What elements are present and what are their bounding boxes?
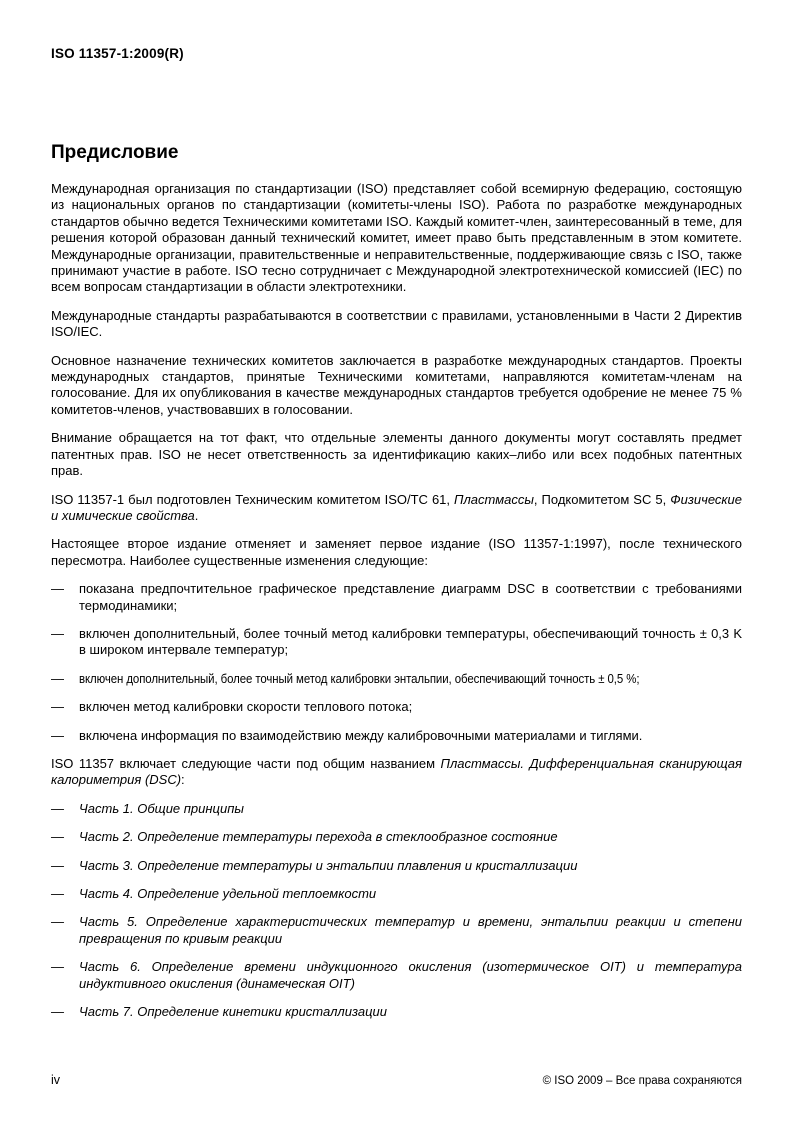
list-item: —Часть 3. Определение температуры и энта… xyxy=(51,858,742,874)
list-dash: — xyxy=(51,626,64,642)
list-item-text: включен метод калибровки скорости теплов… xyxy=(79,699,412,714)
foreword-title: Предисловие xyxy=(51,142,742,164)
list-dash: — xyxy=(51,886,64,902)
list-item-text: Часть 6. Определение времени индукционно… xyxy=(79,959,742,990)
footer-page-number: iv xyxy=(51,1073,60,1087)
paragraph-directives: Международные стандарты разрабатываются … xyxy=(51,308,742,341)
text-segment: : xyxy=(181,772,185,787)
list-item: —включен дополнительный, более точный ме… xyxy=(51,671,742,687)
list-item-text: Часть 3. Определение температуры и энтал… xyxy=(79,858,577,873)
paragraph-series-title: ISO 11357 включает следующие части под о… xyxy=(51,756,742,789)
paragraph-second-edition: Настоящее второе издание отменяет и заме… xyxy=(51,536,742,569)
list-item: —включен дополнительный, более точный ме… xyxy=(51,626,742,659)
list-dash: — xyxy=(51,671,64,687)
list-dash: — xyxy=(51,914,64,930)
list-item: —Часть 6. Определение времени индукционн… xyxy=(51,959,742,992)
document-page: ISO 11357-1:2009(R) Предисловие Междунар… xyxy=(0,0,793,1122)
list-dash: — xyxy=(51,699,64,715)
list-item-text: включен дополнительный, более точный мет… xyxy=(79,671,639,687)
text-segment-italic: Пластмассы xyxy=(454,492,534,507)
text-segment: ISO 11357 включает следующие части под о… xyxy=(51,756,441,771)
list-dash: — xyxy=(51,801,64,817)
list-item-text: включена информация по взаимодействию ме… xyxy=(79,728,642,743)
list-item-text: показана предпочтительное графическое пр… xyxy=(79,581,742,612)
list-item: —Часть 5. Определение характеристических… xyxy=(51,914,742,947)
list-item: —показана предпочтительное графическое п… xyxy=(51,581,742,614)
list-dash: — xyxy=(51,829,64,845)
paragraph-committees-task: Основное назначение технических комитето… xyxy=(51,353,742,419)
list-item: —Часть 2. Определение температуры перехо… xyxy=(51,829,742,845)
footer-copyright: © ISO 2009 – Все права сохраняются xyxy=(543,1075,742,1087)
list-item-text: включен дополнительный, более точный мет… xyxy=(79,626,742,657)
text-segment: ISO 11357-1 был подготовлен Техническим … xyxy=(51,492,454,507)
list-item-text: Часть 4. Определение удельной теплоемкос… xyxy=(79,886,376,901)
changes-list: —показана предпочтительное графическое п… xyxy=(51,581,742,744)
text-segment: . xyxy=(195,508,199,523)
list-item: —Часть 4. Определение удельной теплоемко… xyxy=(51,886,742,902)
parts-list: —Часть 1. Общие принципы —Часть 2. Опред… xyxy=(51,801,742,1021)
list-item: —включен метод калибровки скорости тепло… xyxy=(51,699,742,715)
foreword-section: Предисловие Международная организация по… xyxy=(51,142,742,1032)
paragraph-committee-info: ISO 11357-1 был подготовлен Техническим … xyxy=(51,492,742,525)
list-dash: — xyxy=(51,728,64,744)
running-header: ISO 11357-1:2009(R) xyxy=(51,46,184,61)
list-dash: — xyxy=(51,581,64,597)
list-item: —Часть 1. Общие принципы xyxy=(51,801,742,817)
text-segment: , Подкомитетом SC 5, xyxy=(534,492,670,507)
list-item: —включена информация по взаимодействию м… xyxy=(51,728,742,744)
list-item: —Часть 7. Определение кинетики кристалли… xyxy=(51,1004,742,1020)
list-dash: — xyxy=(51,1004,64,1020)
paragraph-patent-rights: Внимание обращается на тот факт, что отд… xyxy=(51,430,742,479)
list-item-text: Часть 5. Определение характеристических … xyxy=(79,914,742,945)
list-dash: — xyxy=(51,858,64,874)
paragraph-iso-federation: Международная организация по стандартиза… xyxy=(51,181,742,296)
list-dash: — xyxy=(51,959,64,975)
list-item-text: Часть 1. Общие принципы xyxy=(79,801,244,816)
list-item-text: Часть 2. Определение температуры переход… xyxy=(79,829,558,844)
list-item-text: Часть 7. Определение кинетики кристаллиз… xyxy=(79,1004,387,1019)
